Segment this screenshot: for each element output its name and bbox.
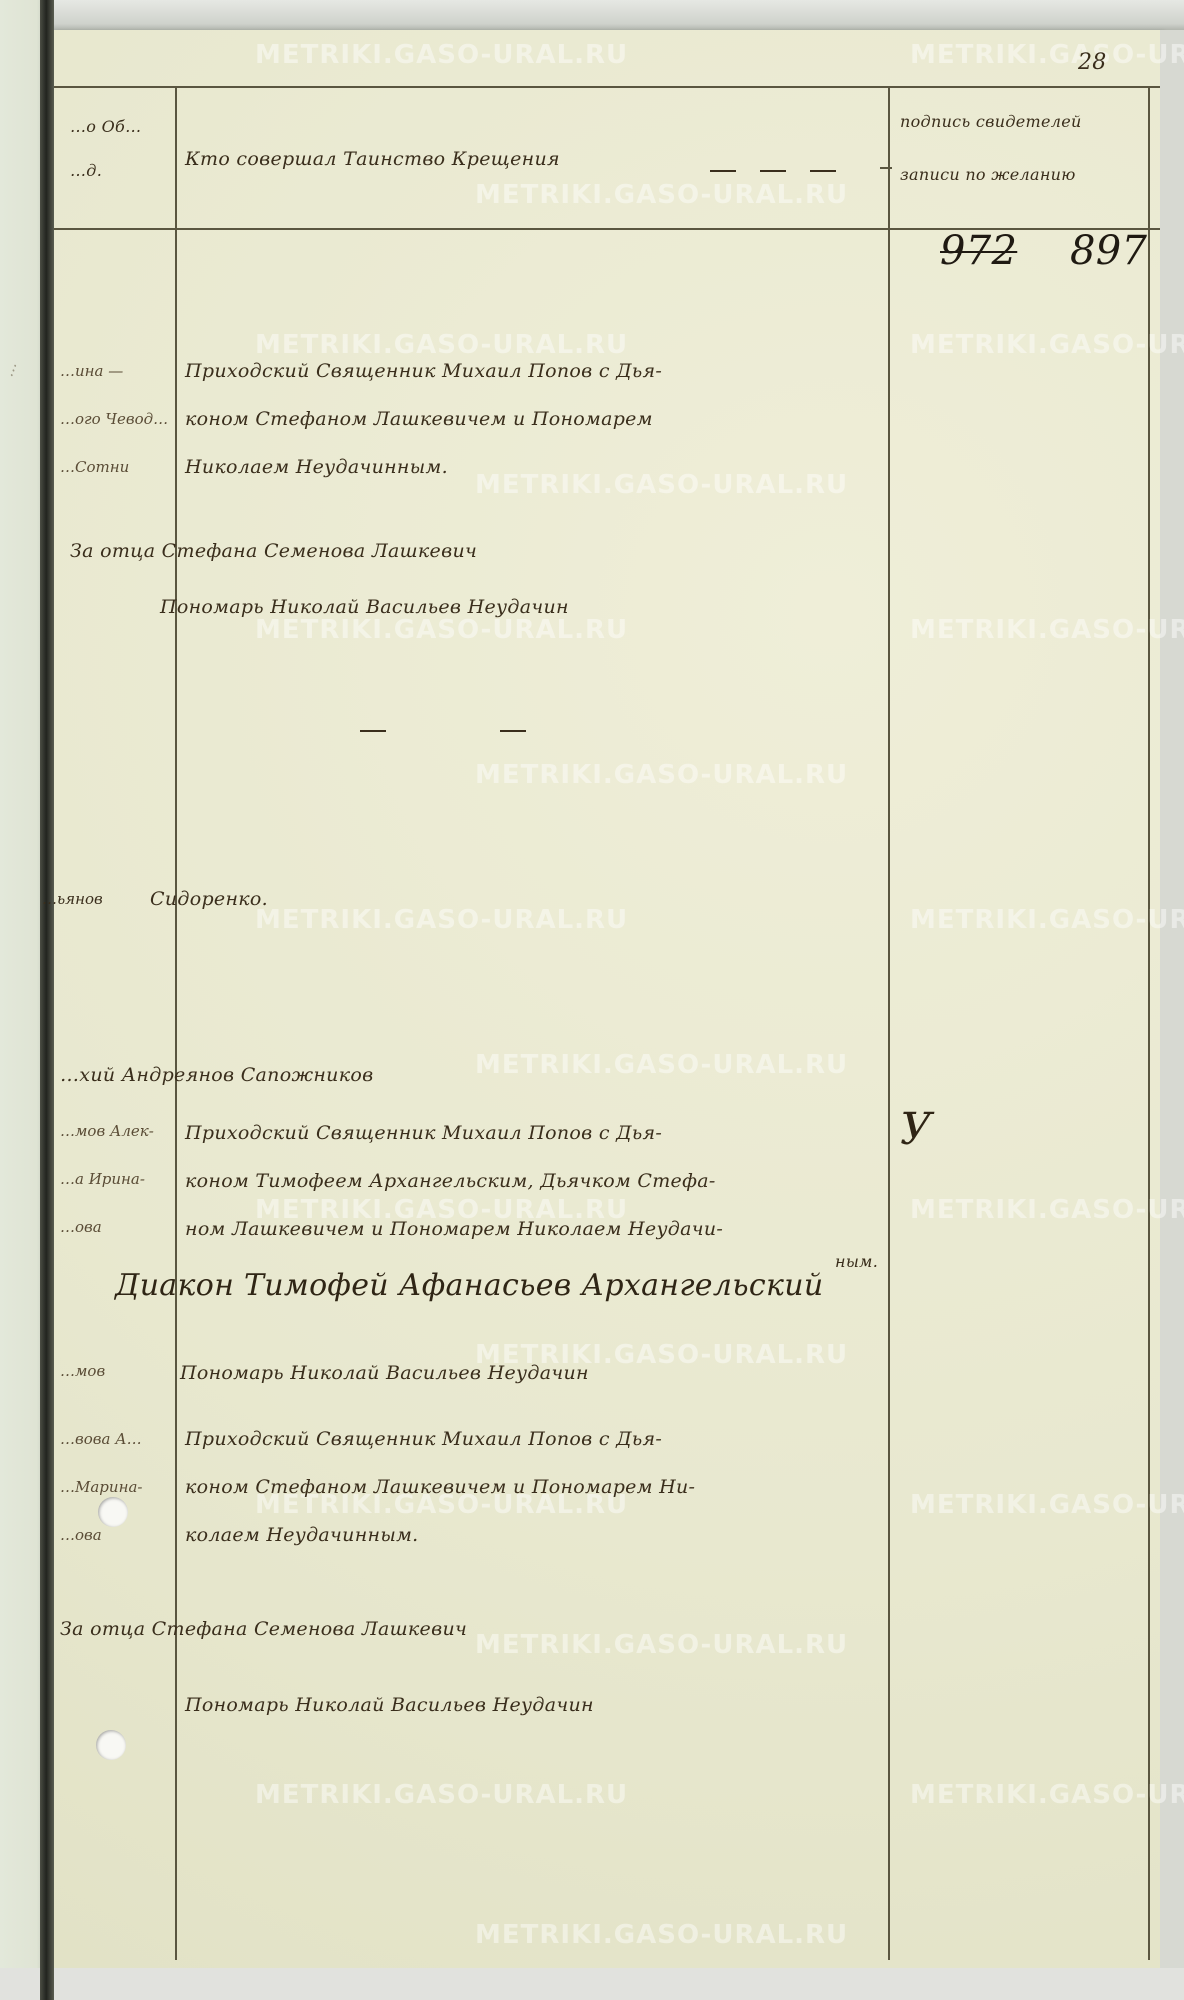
bleed-through-text: …: [0, 359, 21, 379]
struck-record-number: 972: [940, 228, 1017, 274]
watermark: METRIKI.GASO-URAL.RU: [475, 1920, 848, 1950]
entry4-margin-line2: …вова А…: [60, 1430, 142, 1448]
entry4-clergy-line1: Приходский Священник Михаил Попов с Дья-: [185, 1428, 662, 1450]
entry4-witness-line2: Пономарь Николай Васильев Неудачин: [185, 1694, 594, 1716]
watermark: METRIKI.GASO-URAL.RU: [910, 40, 1184, 70]
punch-hole: [96, 1730, 126, 1760]
entry2-margin-line1: …ьянов: [42, 890, 103, 908]
header-dash-tick: [880, 167, 892, 169]
header-dash: [810, 170, 836, 172]
watermark: METRIKI.GASO-URAL.RU: [255, 905, 628, 935]
header-dash: [710, 170, 736, 172]
watermark: METRIKI.GASO-URAL.RU: [910, 1490, 1184, 1520]
scan-right-background: [1160, 30, 1184, 1970]
entry3-margin-line4: …ова: [60, 1218, 102, 1236]
column-divider-right: [888, 86, 890, 1960]
watermark: METRIKI.GASO-URAL.RU: [910, 330, 1184, 360]
entry2-witness-line1: Сидоренко.: [150, 888, 268, 910]
entry4-margin-line1: …мов: [60, 1362, 105, 1380]
entry1-witness-line1: За отца Стефана Семенова Лашкевич: [70, 540, 477, 562]
separator-dash: [360, 730, 386, 732]
header-right-line2: записи по желанию: [900, 165, 1076, 184]
watermark: METRIKI.GASO-URAL.RU: [910, 615, 1184, 645]
watermark: METRIKI.GASO-URAL.RU: [475, 180, 848, 210]
record-number: 897: [1070, 228, 1147, 274]
entry3-right-mark: У: [900, 1104, 932, 1155]
entry4-witness-line1: За отца Стефана Семенова Лашкевич: [60, 1618, 467, 1640]
header-left-column: …о Об… …д.: [70, 105, 141, 193]
entry1-clergy-line1: Приходский Священник Михаил Попов с Дья-: [185, 360, 662, 382]
watermark: METRIKI.GASO-URAL.RU: [475, 1630, 848, 1660]
page-number: 28: [1078, 50, 1107, 75]
header-dash: [760, 170, 786, 172]
watermark: METRIKI.GASO-URAL.RU: [255, 615, 628, 645]
entry1-margin-line2: …ого Чевод…: [60, 410, 168, 428]
book-spine: [40, 0, 54, 2000]
entry1-witness-line2: Пономарь Николай Васильев Неудачин: [160, 596, 569, 618]
watermark: METRIKI.GASO-URAL.RU: [910, 1195, 1184, 1225]
watermark: METRIKI.GASO-URAL.RU: [255, 40, 628, 70]
column-divider-left: [175, 86, 177, 1960]
entry3-margin-line2: …мов Алек-: [60, 1122, 154, 1140]
watermark: METRIKI.GASO-URAL.RU: [255, 330, 628, 360]
scan-bottom-background: [0, 1968, 1184, 2000]
entry3-clergy-line3: ном Лашкевичем и Пономарем Николаем Неуд…: [185, 1218, 723, 1240]
entry1-margin-line3: …Сотни: [60, 458, 129, 476]
register-page: [54, 30, 1162, 1970]
watermark: METRIKI.GASO-URAL.RU: [910, 1780, 1184, 1810]
punch-hole: [98, 1497, 128, 1527]
watermark: METRIKI.GASO-URAL.RU: [475, 760, 848, 790]
separator-dash: [500, 730, 526, 732]
watermark: METRIKI.GASO-URAL.RU: [255, 1780, 628, 1810]
watermark: METRIKI.GASO-URAL.RU: [475, 470, 848, 500]
entry1-clergy-line2: коном Стефаном Лашкевичем и Пономарем: [185, 408, 653, 430]
header-right-line1: подпись свидетелей: [900, 112, 1082, 131]
entry3-clergy-line2: коном Тимофеем Архангельским, Дьячком Ст…: [185, 1170, 716, 1192]
entry4-margin-line4: …ова: [60, 1526, 102, 1544]
entry3-clergy-line4: ным.: [835, 1252, 878, 1271]
entry4-clergy-line2: коном Стефаном Лашкевичем и Пономарем Ни…: [185, 1476, 695, 1498]
page-right-rule: [1148, 86, 1150, 1960]
entry3-pre-line: …хий Андреянов Сапожников: [60, 1064, 373, 1086]
header-top-rule: [54, 86, 1160, 88]
entry3-margin-line3: …а Ирина-: [60, 1170, 145, 1188]
watermark: METRIKI.GASO-URAL.RU: [475, 1050, 848, 1080]
entry3-witness-line1: Пономарь Николай Васильев Неудачин: [180, 1362, 589, 1384]
entry1-clergy-line3: Николаем Неудачинным.: [185, 456, 448, 478]
header-middle-column: Кто совершал Таинство Крещения: [185, 148, 560, 170]
entry4-margin-line3: …Марина-: [60, 1478, 142, 1496]
scan-top-background: [0, 0, 1184, 34]
entry1-margin-line1: …ина —: [60, 362, 123, 380]
deacon-signature: Диакон Тимофей Афанасьев Архангельский: [115, 1268, 823, 1303]
entry3-clergy-line1: Приходский Священник Михаил Попов с Дья-: [185, 1122, 662, 1144]
watermark: METRIKI.GASO-URAL.RU: [910, 905, 1184, 935]
entry4-clergy-line3: колаем Неудачинным.: [185, 1524, 419, 1546]
